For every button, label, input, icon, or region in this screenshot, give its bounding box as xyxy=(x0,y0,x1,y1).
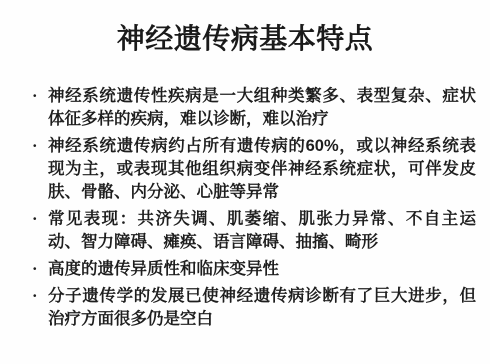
bullet-item: • 常见表现：共济失调、肌萎缩、肌张力异常、不自主运动、智力障碍、瘫痪、语言障碍… xyxy=(33,208,476,254)
bullet-dot-icon: • xyxy=(33,258,48,281)
bullet-dot-icon: • xyxy=(33,85,48,108)
bullet-text: 神经系统遗传性疾病是一大组种类繁多、表型复杂、症状体征多样的疾病，难以诊断，难以… xyxy=(48,85,476,131)
bullet-text: 分子遗传学的发展已使神经遗传病诊断有了巨大进步，但治疗方面很多仍是空白 xyxy=(48,285,476,331)
bullet-text: 神经系统遗传病约占所有遗传病的60%，或以神经系统表现为主，或表现其他组织病变伴… xyxy=(48,135,476,204)
bullet-list: • 神经系统遗传性疾病是一大组种类繁多、表型复杂、症状体征多样的疾病，难以诊断，… xyxy=(33,85,476,331)
bullet-text: 常见表现：共济失调、肌萎缩、肌张力异常、不自主运动、智力障碍、瘫痪、语言障碍、抽… xyxy=(48,208,476,254)
bullet-dot-icon: • xyxy=(33,135,48,158)
bullet-item: • 高度的遗传异质性和临床变异性 xyxy=(33,258,476,281)
bullet-item: • 神经系统遗传性疾病是一大组种类繁多、表型复杂、症状体征多样的疾病，难以诊断，… xyxy=(33,85,476,131)
bullet-dot-icon: • xyxy=(33,285,48,308)
bullet-dot-icon: • xyxy=(33,208,48,231)
bullet-item: • 神经系统遗传病约占所有遗传病的60%，或以神经系统表现为主，或表现其他组织病… xyxy=(33,135,476,204)
bullet-item: • 分子遗传学的发展已使神经遗传病诊断有了巨大进步，但治疗方面很多仍是空白 xyxy=(33,285,476,331)
slide-title: 神经遗传病基本特点 xyxy=(10,23,480,57)
bullet-text: 高度的遗传异质性和临床变异性 xyxy=(48,258,476,281)
presentation-slide: 神经遗传病基本特点 • 神经系统遗传性疾病是一大组种类繁多、表型复杂、症状体征多… xyxy=(0,0,490,364)
